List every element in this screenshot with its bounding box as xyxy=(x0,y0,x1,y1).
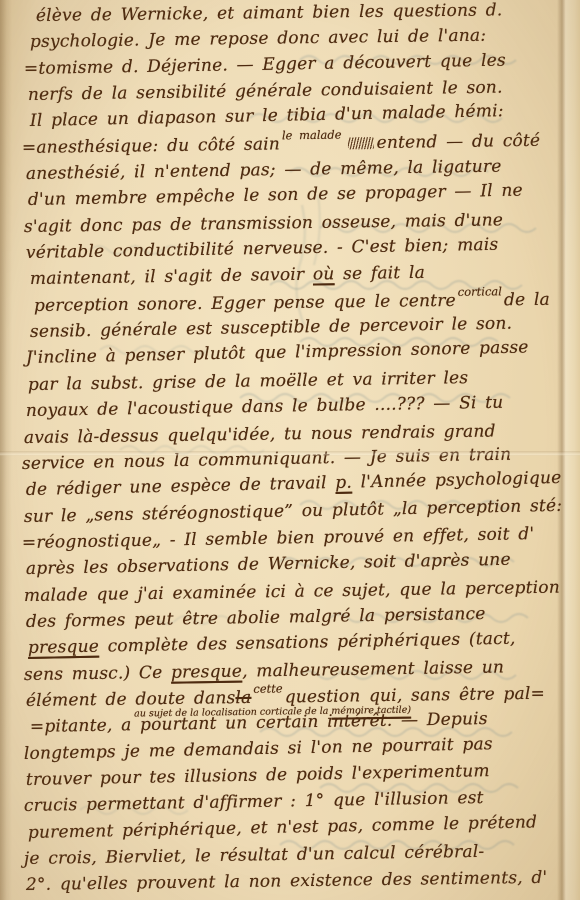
struck-out-scribble xyxy=(348,137,374,149)
struck-out-word: la xyxy=(235,688,251,708)
underlined-word: presque xyxy=(28,637,99,658)
line-text: de la xyxy=(504,289,550,310)
inserted-word-above: le malade xyxy=(282,127,342,142)
inserted-word-above: cette xyxy=(253,681,282,695)
line-text: question qui, sans être pal= xyxy=(285,684,546,708)
manuscript-page: élève de Wernicke, et aimant bien les qu… xyxy=(0,0,580,900)
underlined-word: p. xyxy=(335,473,352,493)
inserted-word-above: cortical xyxy=(458,284,502,299)
line-text: élève de Wernicke, et aimant bien les qu… xyxy=(36,0,503,26)
manuscript-text: élève de Wernicke, et aimant bien les qu… xyxy=(0,2,580,900)
line-text: =anesthésique: du côté sain xyxy=(22,134,280,158)
line-text: l'Année psychologique xyxy=(352,468,562,493)
line-text: se fait la xyxy=(334,263,425,284)
line-text: entend — du côté xyxy=(376,130,540,152)
underlined-word: où xyxy=(313,265,335,285)
line-text: sens musc.) Ce xyxy=(24,662,171,684)
underlined-word: presque xyxy=(171,661,242,682)
line-text: perception sonore. Egger pense que le ce… xyxy=(34,291,456,316)
line-text: maintenant, il s'agit de savoir xyxy=(30,265,313,289)
line-text: , malheureusement laisse un xyxy=(242,657,504,681)
